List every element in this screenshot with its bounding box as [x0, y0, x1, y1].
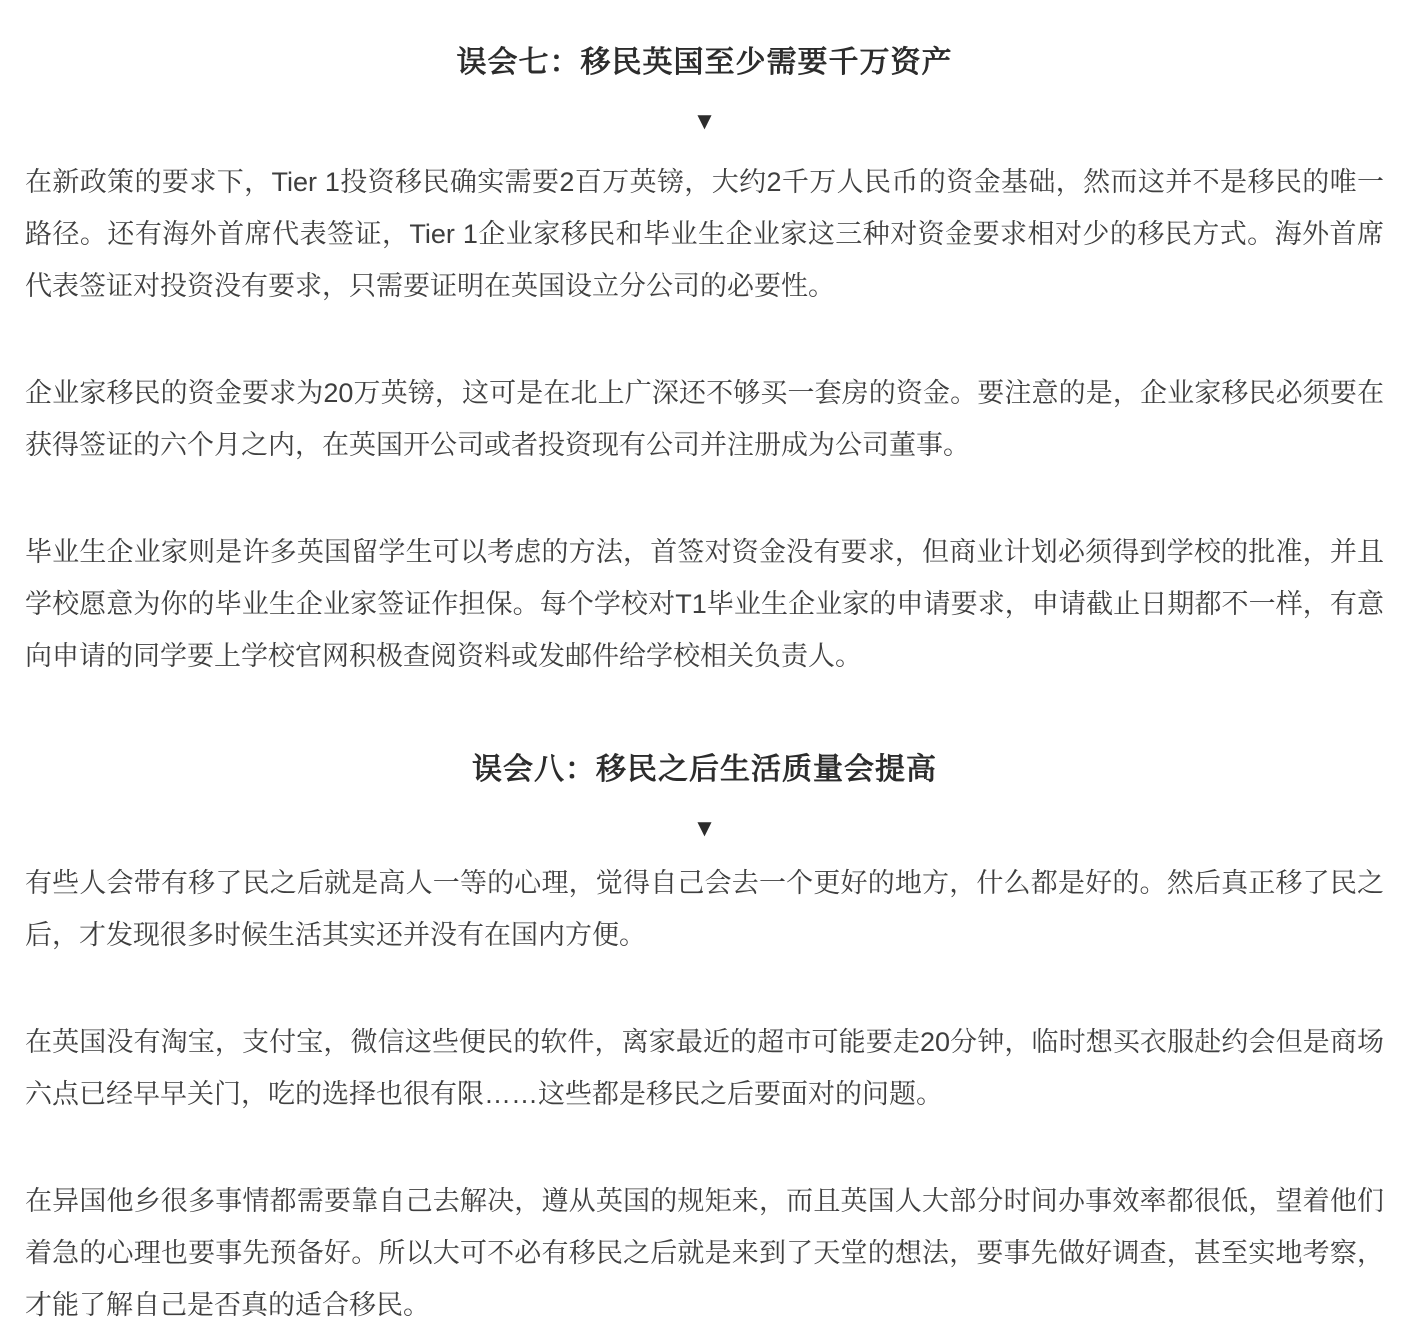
paragraph: 毕业生企业家则是许多英国留学生可以考虑的方法，首签对资金没有要求，但商业计划必须…: [25, 526, 1384, 682]
down-triangle-icon: ▼: [25, 817, 1384, 841]
misconception-section-8: 误会八：移民之后生活质量会提高 ▼ 有些人会带有移了民之后就是高人一等的心理，觉…: [25, 749, 1384, 1331]
down-triangle-icon: ▼: [25, 110, 1384, 134]
section-heading: 误会八：移民之后生活质量会提高: [25, 749, 1384, 791]
section-heading: 误会七：移民英国至少需要千万资产: [25, 42, 1384, 84]
paragraph: 企业家移民的资金要求为20万英镑，这可是在北上广深还不够买一套房的资金。要注意的…: [25, 367, 1384, 471]
paragraph: 在新政策的要求下，Tier 1投资移民确实需要2百万英镑，大约2千万人民币的资金…: [25, 156, 1384, 312]
paragraph: 在英国没有淘宝，支付宝，微信这些便民的软件，离家最近的超市可能要走20分钟，临时…: [25, 1016, 1384, 1120]
misconception-section-7: 误会七：移民英国至少需要千万资产 ▼ 在新政策的要求下，Tier 1投资移民确实…: [25, 42, 1384, 682]
paragraph: 在异国他乡很多事情都需要靠自己去解决，遵从英国的规矩来，而且英国人大部分时间办事…: [25, 1175, 1384, 1331]
article-body: 误会七：移民英国至少需要千万资产 ▼ 在新政策的要求下，Tier 1投资移民确实…: [0, 42, 1409, 1331]
paragraph: 有些人会带有移了民之后就是高人一等的心理，觉得自己会去一个更好的地方，什么都是好…: [25, 857, 1384, 961]
